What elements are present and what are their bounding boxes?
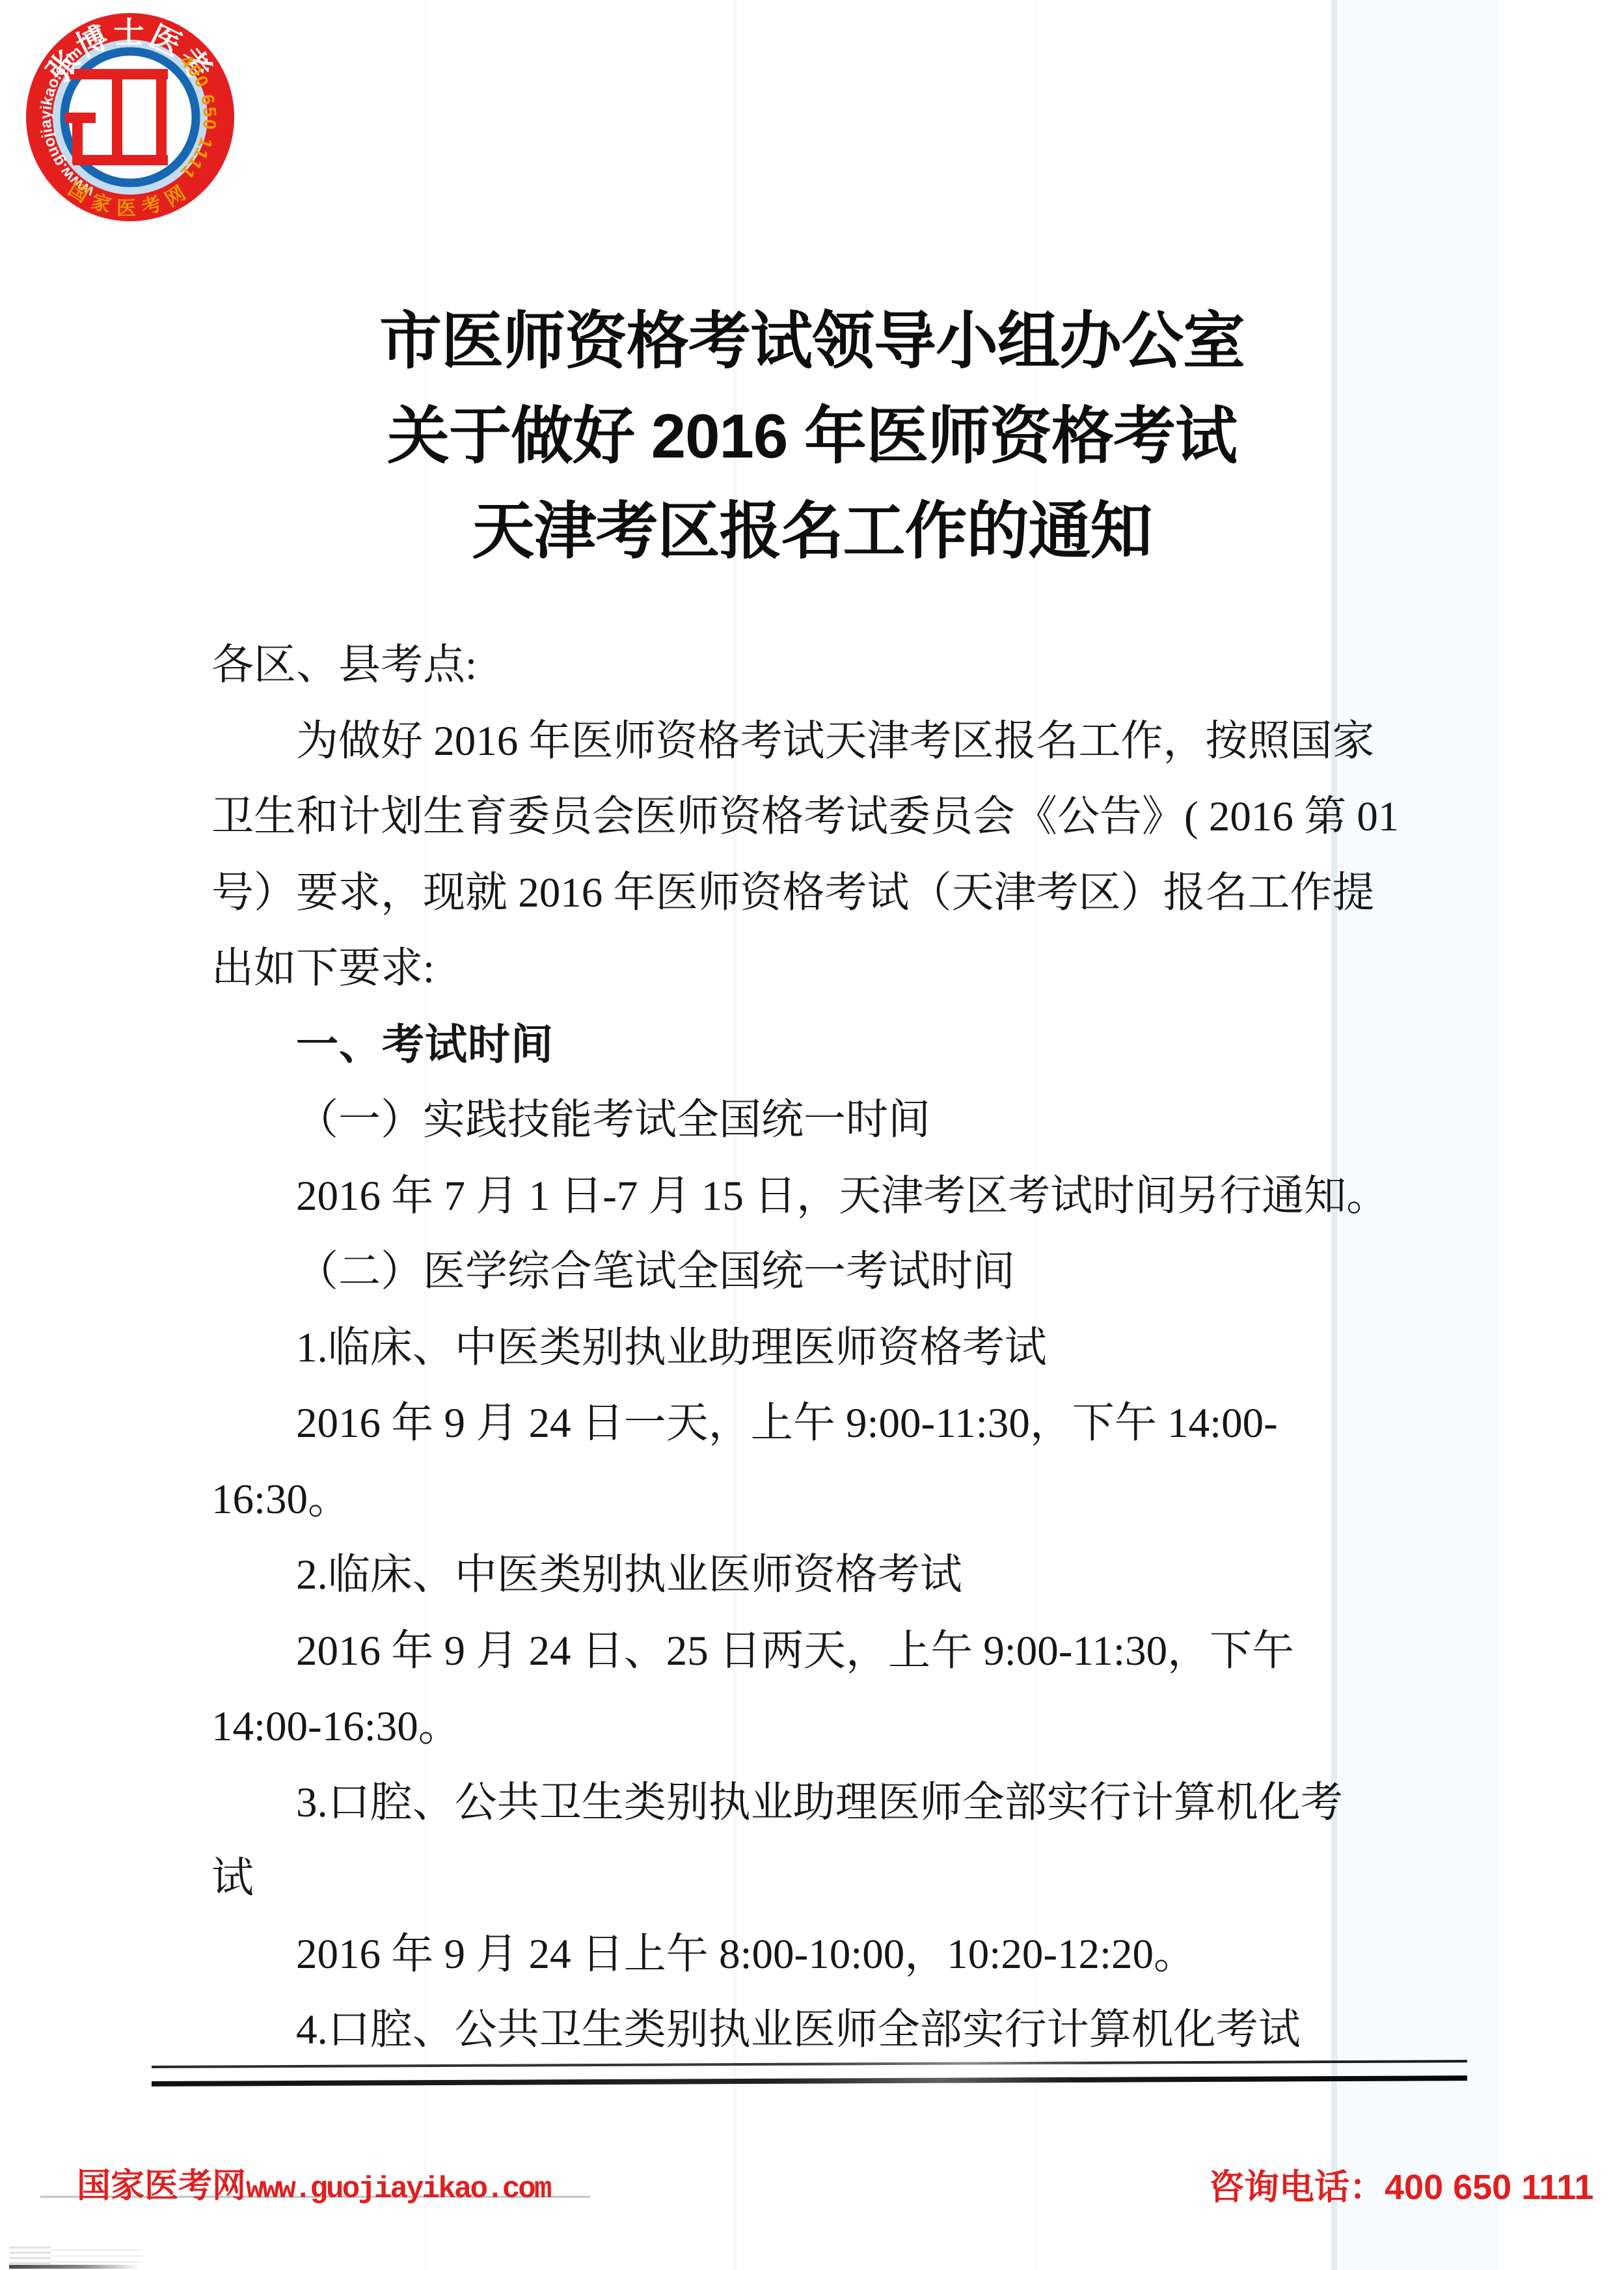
body-line: 16:30。 [211, 1462, 1451, 1538]
body-line: 出如下要求: [211, 931, 1451, 1007]
body-line: 2016 年 9 月 24 日、25 日两天，上午 9:00-11:30，下午 [211, 1613, 1451, 1689]
body-line: （二）医学综合笔试全国统一考试时间 [211, 1234, 1451, 1310]
body-line: 试 [211, 1840, 1451, 1917]
site-name: 国家医考网 [77, 2158, 246, 2207]
scan-artifact [51, 2249, 142, 2266]
title-line: 市医师资格考试领导小组办公室 [0, 294, 1624, 389]
rule-bottom [152, 2075, 1467, 2086]
site-url: www.guojiayikao.com [246, 2172, 550, 2206]
body-line: 2016 年 7 月 1 日-7 月 15 日，天津考区考试时间另行通知。 [211, 1158, 1451, 1235]
body-line: 2016 年 9 月 24 日上午 8:00-10:00，10:20-12:20… [211, 1917, 1451, 1993]
body-line: 2.临床、中医类别执业医师资格考试 [211, 1537, 1451, 1613]
phone-number: 400 650 1111 [1385, 2168, 1593, 2207]
body-line: 一、考试时间 [211, 1007, 1451, 1083]
body-line: 各区、县考点: [211, 627, 1451, 704]
body-line: 2016 年 9 月 24 日一天，上午 9:00-11:30，下午 14:00… [211, 1386, 1451, 1462]
title-line: 关于做好 2016 年医师资格考试 [0, 389, 1624, 484]
phone-label: 咨询电话： [1209, 2168, 1385, 2207]
body-line: 4.口腔、公共卫生类别执业医师全部实行计算机化考试 [211, 1992, 1451, 2068]
body-line: 1.临床、中医类别执业助理医师资格考试 [211, 1310, 1451, 1386]
document-page: 张博士医考 www.guojiayikao.com 400 650 1111 国… [0, 0, 1624, 2270]
footer-phone: 咨询电话：400 650 1111 [1209, 2159, 1593, 2209]
body-line: 为做好 2016 年医师资格考试天津考区报名工作，按照国家 [211, 704, 1451, 780]
scan-artifact [9, 2247, 51, 2266]
body-line: 14:00-16:30。 [211, 1689, 1451, 1765]
scan-artifact [9, 2265, 141, 2269]
body-line: 卫生和计划生育委员会医师资格考试委员会《公告》( 2016 第 01 [211, 779, 1451, 855]
body-line: 号）要求，现就 2016 年医师资格考试（天津考区）报名工作提 [211, 855, 1451, 931]
body-text: 各区、县考点:为做好 2016 年医师资格考试天津考区报名工作，按照国家卫生和计… [211, 627, 1451, 2068]
footer-site: 国家医考网www.guojiayikao.com [77, 2158, 550, 2207]
title-line: 天津考区报名工作的通知 [0, 484, 1624, 579]
seal-logo-icon: 张博士医考 www.guojiayikao.com 400 650 1111 国… [23, 8, 237, 223]
body-line: 3.口腔、公共卫生类别执业助理医师全部实行计算机化考 [211, 1765, 1451, 1841]
document-title: 市医师资格考试领导小组办公室 关于做好 2016 年医师资格考试 天津考区报名工… [0, 294, 1624, 579]
body-line: （一）实践技能考试全国统一时间 [211, 1082, 1451, 1158]
